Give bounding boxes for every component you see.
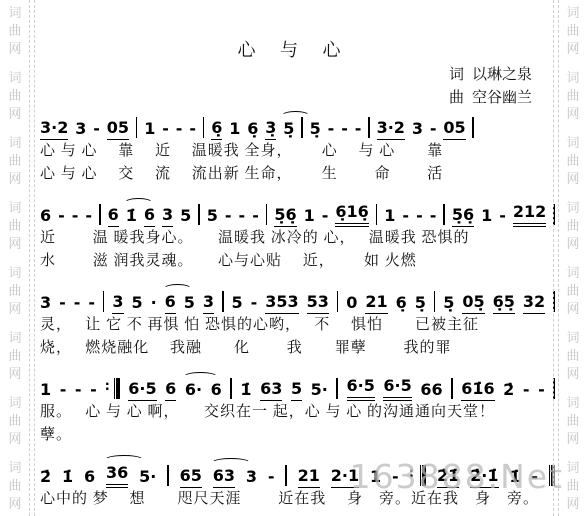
lyric-line: 灵， 让 它 不 再惧 怕 恐惧的心哟， 不 惧怕 已被主征 — [40, 314, 555, 337]
note: - — [74, 294, 81, 314]
watermark-char: 网 — [566, 170, 579, 188]
note: 65 — [180, 467, 202, 488]
note: 3·2 — [377, 119, 405, 140]
note: 6·5 — [347, 377, 375, 401]
watermark-char: 曲 — [566, 412, 579, 430]
note: 5̣ — [443, 294, 454, 314]
system-3: 3---35·6535-353530216̣5̣5̣05̣6̣5̣32灵， 让 … — [40, 282, 555, 360]
watermark-text-group: 词曲网 — [8, 329, 21, 383]
barline — [376, 204, 378, 225]
note: 63 — [213, 467, 235, 488]
barline — [443, 204, 445, 225]
watermark-char: 词 — [8, 394, 21, 412]
note: - — [93, 120, 100, 140]
note: - — [60, 381, 67, 401]
note: 5̣6̣ — [452, 206, 474, 227]
note: 21 — [365, 293, 387, 314]
watermark-text-group: 词曲网 — [566, 4, 579, 58]
watermark-char: 词 — [566, 199, 579, 217]
note: - — [416, 207, 423, 227]
barline — [167, 465, 169, 486]
note: - — [59, 294, 66, 314]
watermark-char: 词 — [566, 4, 579, 22]
note: 5 — [207, 207, 218, 227]
note: 2̇ — [503, 381, 514, 401]
composer-credit: 曲空谷幽兰 — [449, 87, 540, 110]
barline — [285, 465, 287, 486]
barline — [266, 204, 268, 225]
watermark-char: 曲 — [566, 477, 579, 495]
barline — [203, 117, 205, 138]
note: · — [151, 294, 157, 314]
notation-row: 1---∶6·566·61̇6355·6·56·56661̇62̇-- — [40, 369, 555, 401]
watermark-char: 网 — [8, 430, 21, 448]
note: - — [58, 207, 65, 227]
repeat-end-barline — [114, 378, 120, 399]
notation-row: 3---35·6535-353530216̣5̣5̣05̣6̣5̣32 — [40, 282, 555, 314]
watermark-text-group: 词曲网 — [8, 394, 21, 448]
right-watermark-column: 词曲网词曲网词曲网词曲网词曲网词曲网词曲网词曲网 — [558, 0, 588, 516]
watermark-char: 曲 — [8, 282, 21, 300]
watermark-char: 网 — [8, 105, 21, 123]
watermark-char: 曲 — [8, 347, 21, 365]
barline — [336, 378, 338, 399]
watermark-char: 网 — [8, 170, 21, 188]
note: - — [88, 294, 95, 314]
watermark-text-group: 词曲网 — [566, 264, 579, 318]
watermark-char: 词 — [566, 264, 579, 282]
lyric-line: 水 滋 润我灵魂。 心与心贴 近， 如 火燃 — [40, 250, 555, 273]
note: 6̣ — [211, 119, 222, 140]
lyric-line: 心 与 心 靠 近 温暖我 全身， 心 与 心 靠 — [40, 140, 555, 163]
note: 6 — [40, 207, 51, 227]
slur-arc-icon — [104, 455, 144, 465]
note: - — [162, 120, 169, 140]
barline — [136, 117, 138, 138]
note: - — [251, 294, 258, 314]
watermark-char: 网 — [8, 365, 21, 383]
note: 66 — [420, 381, 442, 401]
note: 3 — [203, 293, 214, 314]
barline — [99, 204, 101, 225]
watermark-text-group: 词曲网 — [8, 199, 21, 253]
note: 6̣5̣ — [493, 293, 515, 314]
note: 05 — [107, 119, 129, 140]
note: - — [341, 120, 348, 140]
note: - — [90, 381, 97, 401]
note: 3 — [112, 293, 123, 314]
composer-label: 曲 — [449, 90, 464, 106]
note: 1̇ — [240, 381, 251, 401]
note: - — [322, 207, 329, 227]
barline — [434, 291, 436, 312]
left-watermark-column: 词曲网词曲网词曲网词曲网词曲网词曲网词曲网词曲网 — [0, 0, 30, 516]
note: 3 — [162, 206, 173, 227]
notation-row: 6---61̇6355---5̣6̣1-6̣16̣1---5̣6̣1-212 — [40, 195, 555, 227]
watermark-text-group: 词曲网 — [8, 134, 21, 188]
watermark-char: 曲 — [8, 22, 21, 40]
left-dashed-line — [29, 0, 30, 516]
watermark-char: 词 — [8, 134, 21, 152]
watermark-char: 曲 — [566, 217, 579, 235]
watermark-text-group: 词曲网 — [8, 459, 21, 513]
note: 3·2 — [40, 119, 68, 140]
barline — [198, 204, 200, 225]
note: 1 — [229, 120, 240, 140]
note: 05̣ — [462, 293, 484, 314]
note: 2̇ — [40, 468, 51, 488]
note: 6·5 — [128, 380, 156, 401]
note: 1 — [481, 207, 492, 227]
note: - — [225, 207, 232, 227]
note: 32 — [523, 293, 545, 314]
site-watermark: 163888.Net — [350, 457, 564, 496]
slur-arc-icon — [211, 458, 251, 468]
note: 6 — [165, 380, 176, 401]
watermark-char: 词 — [8, 459, 21, 477]
watermark-text-group: 词曲网 — [566, 459, 579, 513]
watermark-text-group: 词曲网 — [8, 4, 21, 58]
system-4: 1---∶6·566·61̇6355·6·56·56661̇62̇--服。 心 … — [40, 369, 555, 447]
note: - — [189, 120, 196, 140]
note: 6 — [165, 293, 176, 314]
slur-arc-icon — [281, 111, 310, 121]
lyric-line: 心 与 心 交 流 流出新 生命， 生 命 活 — [40, 163, 555, 186]
credits: 词以琳之泉 曲空谷幽兰 — [449, 64, 540, 110]
watermark-text-group: 词曲网 — [566, 199, 579, 253]
barline — [451, 378, 453, 399]
note: - — [239, 207, 246, 227]
note: 1̇ — [126, 207, 137, 227]
note: - — [538, 381, 545, 401]
note: 5 — [291, 380, 302, 401]
note: 5· — [311, 381, 328, 401]
note: 5 — [184, 294, 195, 314]
watermark-char: 曲 — [566, 87, 579, 105]
note: 212 — [513, 203, 546, 227]
watermark-char: 网 — [566, 105, 579, 123]
note: 5· — [139, 468, 156, 488]
note: 36 — [106, 464, 128, 488]
note: - — [85, 207, 92, 227]
watermark-char: 网 — [8, 495, 21, 513]
watermark-char: 词 — [8, 199, 21, 217]
note: 63 — [260, 380, 282, 401]
note: - — [523, 381, 530, 401]
note: 5 — [132, 294, 143, 314]
left-dashed-line-2 — [34, 0, 35, 516]
watermark-char: 曲 — [8, 412, 21, 430]
watermark-text-group: 词曲网 — [8, 69, 21, 123]
watermark-char: 网 — [566, 235, 579, 253]
note: - — [176, 120, 183, 140]
note: 6 — [84, 468, 95, 488]
lyric-line: 孽。 — [40, 424, 555, 447]
watermark-char: 网 — [8, 300, 21, 318]
note: - — [402, 207, 409, 227]
barline — [337, 291, 339, 312]
watermark-char: 词 — [8, 4, 21, 22]
note: - — [75, 381, 82, 401]
watermark-char: 词 — [8, 264, 21, 282]
note: 6̣ — [396, 294, 407, 314]
note: 5 — [180, 207, 191, 227]
note: 5̣ — [283, 120, 294, 140]
note: - — [430, 207, 437, 227]
note: 6 — [108, 206, 119, 227]
right-dashed-line — [558, 0, 559, 516]
note: 6·5 — [383, 377, 411, 401]
note: 353 — [265, 293, 298, 314]
watermark-text-group: 词曲网 — [8, 264, 21, 318]
system-2: 6---61̇6355---5̣6̣1-6̣16̣1---5̣6̣1-212近 … — [40, 195, 555, 273]
note: 3 — [75, 120, 86, 140]
barline — [368, 117, 370, 138]
note: - — [328, 120, 335, 140]
note: 1 — [304, 207, 315, 227]
watermark-char: 网 — [8, 235, 21, 253]
note: 3 — [40, 294, 51, 314]
lyricist-label: 词 — [449, 67, 464, 83]
note: 21 — [298, 467, 320, 488]
lyricist-name: 以琳之泉 — [472, 67, 532, 83]
note: 5̣ — [310, 120, 321, 140]
watermark-char: 词 — [566, 459, 579, 477]
note: 1 — [144, 120, 155, 140]
lyric-line: 近 温 暖我身心。 温暖我 冰冷的 心， 温暖我 恐惧的 — [40, 227, 555, 250]
watermark-char: 曲 — [8, 87, 21, 105]
lyric-line: 服。 心 与 心 啊， 交织在一 起，心 与 心 的沟通通向天堂！ — [40, 401, 555, 424]
note: 5 — [231, 294, 242, 314]
watermark-char: 网 — [566, 495, 579, 513]
watermark-char: 曲 — [8, 477, 21, 495]
score: 3·23-051---6̣16̣3̣5̣5̣---3·23-05心 与 心 靠 … — [40, 108, 555, 516]
watermark-text-group: 词曲网 — [566, 134, 579, 188]
note: 05 — [443, 119, 465, 140]
watermark-char: 曲 — [566, 22, 579, 40]
system-1: 3·23-051---6̣16̣3̣5̣5̣---3·23-05心 与 心 靠 … — [40, 108, 555, 186]
note: 5̣6̣ — [274, 206, 296, 227]
notation-row: 3·23-051---6̣16̣3̣5̣5̣---3·23-05 — [40, 108, 474, 140]
note: - — [355, 120, 362, 140]
watermark-char: 词 — [566, 329, 579, 347]
note: - — [268, 468, 275, 488]
note: 3̣ — [265, 119, 276, 140]
watermark-char: 词 — [566, 69, 579, 87]
barline — [301, 117, 303, 138]
lyricist-credit: 词以琳之泉 — [449, 64, 540, 87]
barline — [103, 291, 105, 312]
note: 53 — [307, 293, 329, 314]
watermark-text-group: 词曲网 — [566, 329, 579, 383]
score-header: 心 与 心 词以琳之泉 曲空谷幽兰 — [0, 0, 588, 62]
note: 1̇ — [62, 468, 73, 488]
watermark-text-group: 词曲网 — [566, 394, 579, 448]
lyric-line: 烧， 燃烧融化 我融 化 我 罪孽 我的罪 — [40, 337, 555, 360]
note: 6̣16̣ — [335, 203, 368, 227]
watermark-char: 曲 — [566, 282, 579, 300]
watermark-char: 曲 — [566, 152, 579, 170]
watermark-char: 词 — [8, 69, 21, 87]
watermark-char: 网 — [8, 40, 21, 58]
barline — [222, 291, 224, 312]
watermark-char: 词 — [8, 329, 21, 347]
note: 61̇6 — [461, 380, 494, 401]
watermark-char: 曲 — [8, 152, 21, 170]
composer-name: 空谷幽兰 — [472, 90, 532, 106]
watermark-char: 网 — [566, 300, 579, 318]
note: - — [430, 120, 437, 140]
repeat-dots: ∶ — [105, 379, 109, 397]
barline — [472, 117, 474, 138]
note: 3 — [412, 120, 423, 140]
note: 1 — [40, 381, 51, 401]
note: 6̣ — [247, 120, 258, 140]
barline — [230, 378, 232, 399]
note: 6 — [144, 206, 155, 227]
watermark-char: 曲 — [566, 347, 579, 365]
note: 6 — [211, 381, 222, 401]
right-dashed-line-2 — [553, 0, 554, 516]
watermark-char: 词 — [566, 134, 579, 152]
note: 3 — [246, 468, 257, 488]
song-title: 心 与 心 — [0, 36, 588, 62]
note: - — [72, 207, 79, 227]
watermark-char: 网 — [566, 365, 579, 383]
note: 5̣ — [415, 294, 426, 314]
note: 1 — [384, 207, 395, 227]
watermark-char: 词 — [566, 394, 579, 412]
note: - — [252, 207, 259, 227]
watermark-char: 曲 — [8, 217, 21, 235]
note: 0 — [346, 294, 357, 314]
watermark-char: 网 — [566, 40, 579, 58]
note: 6· — [185, 381, 202, 401]
watermark-text-group: 词曲网 — [566, 69, 579, 123]
watermark-char: 网 — [566, 430, 579, 448]
note: - — [499, 207, 506, 227]
